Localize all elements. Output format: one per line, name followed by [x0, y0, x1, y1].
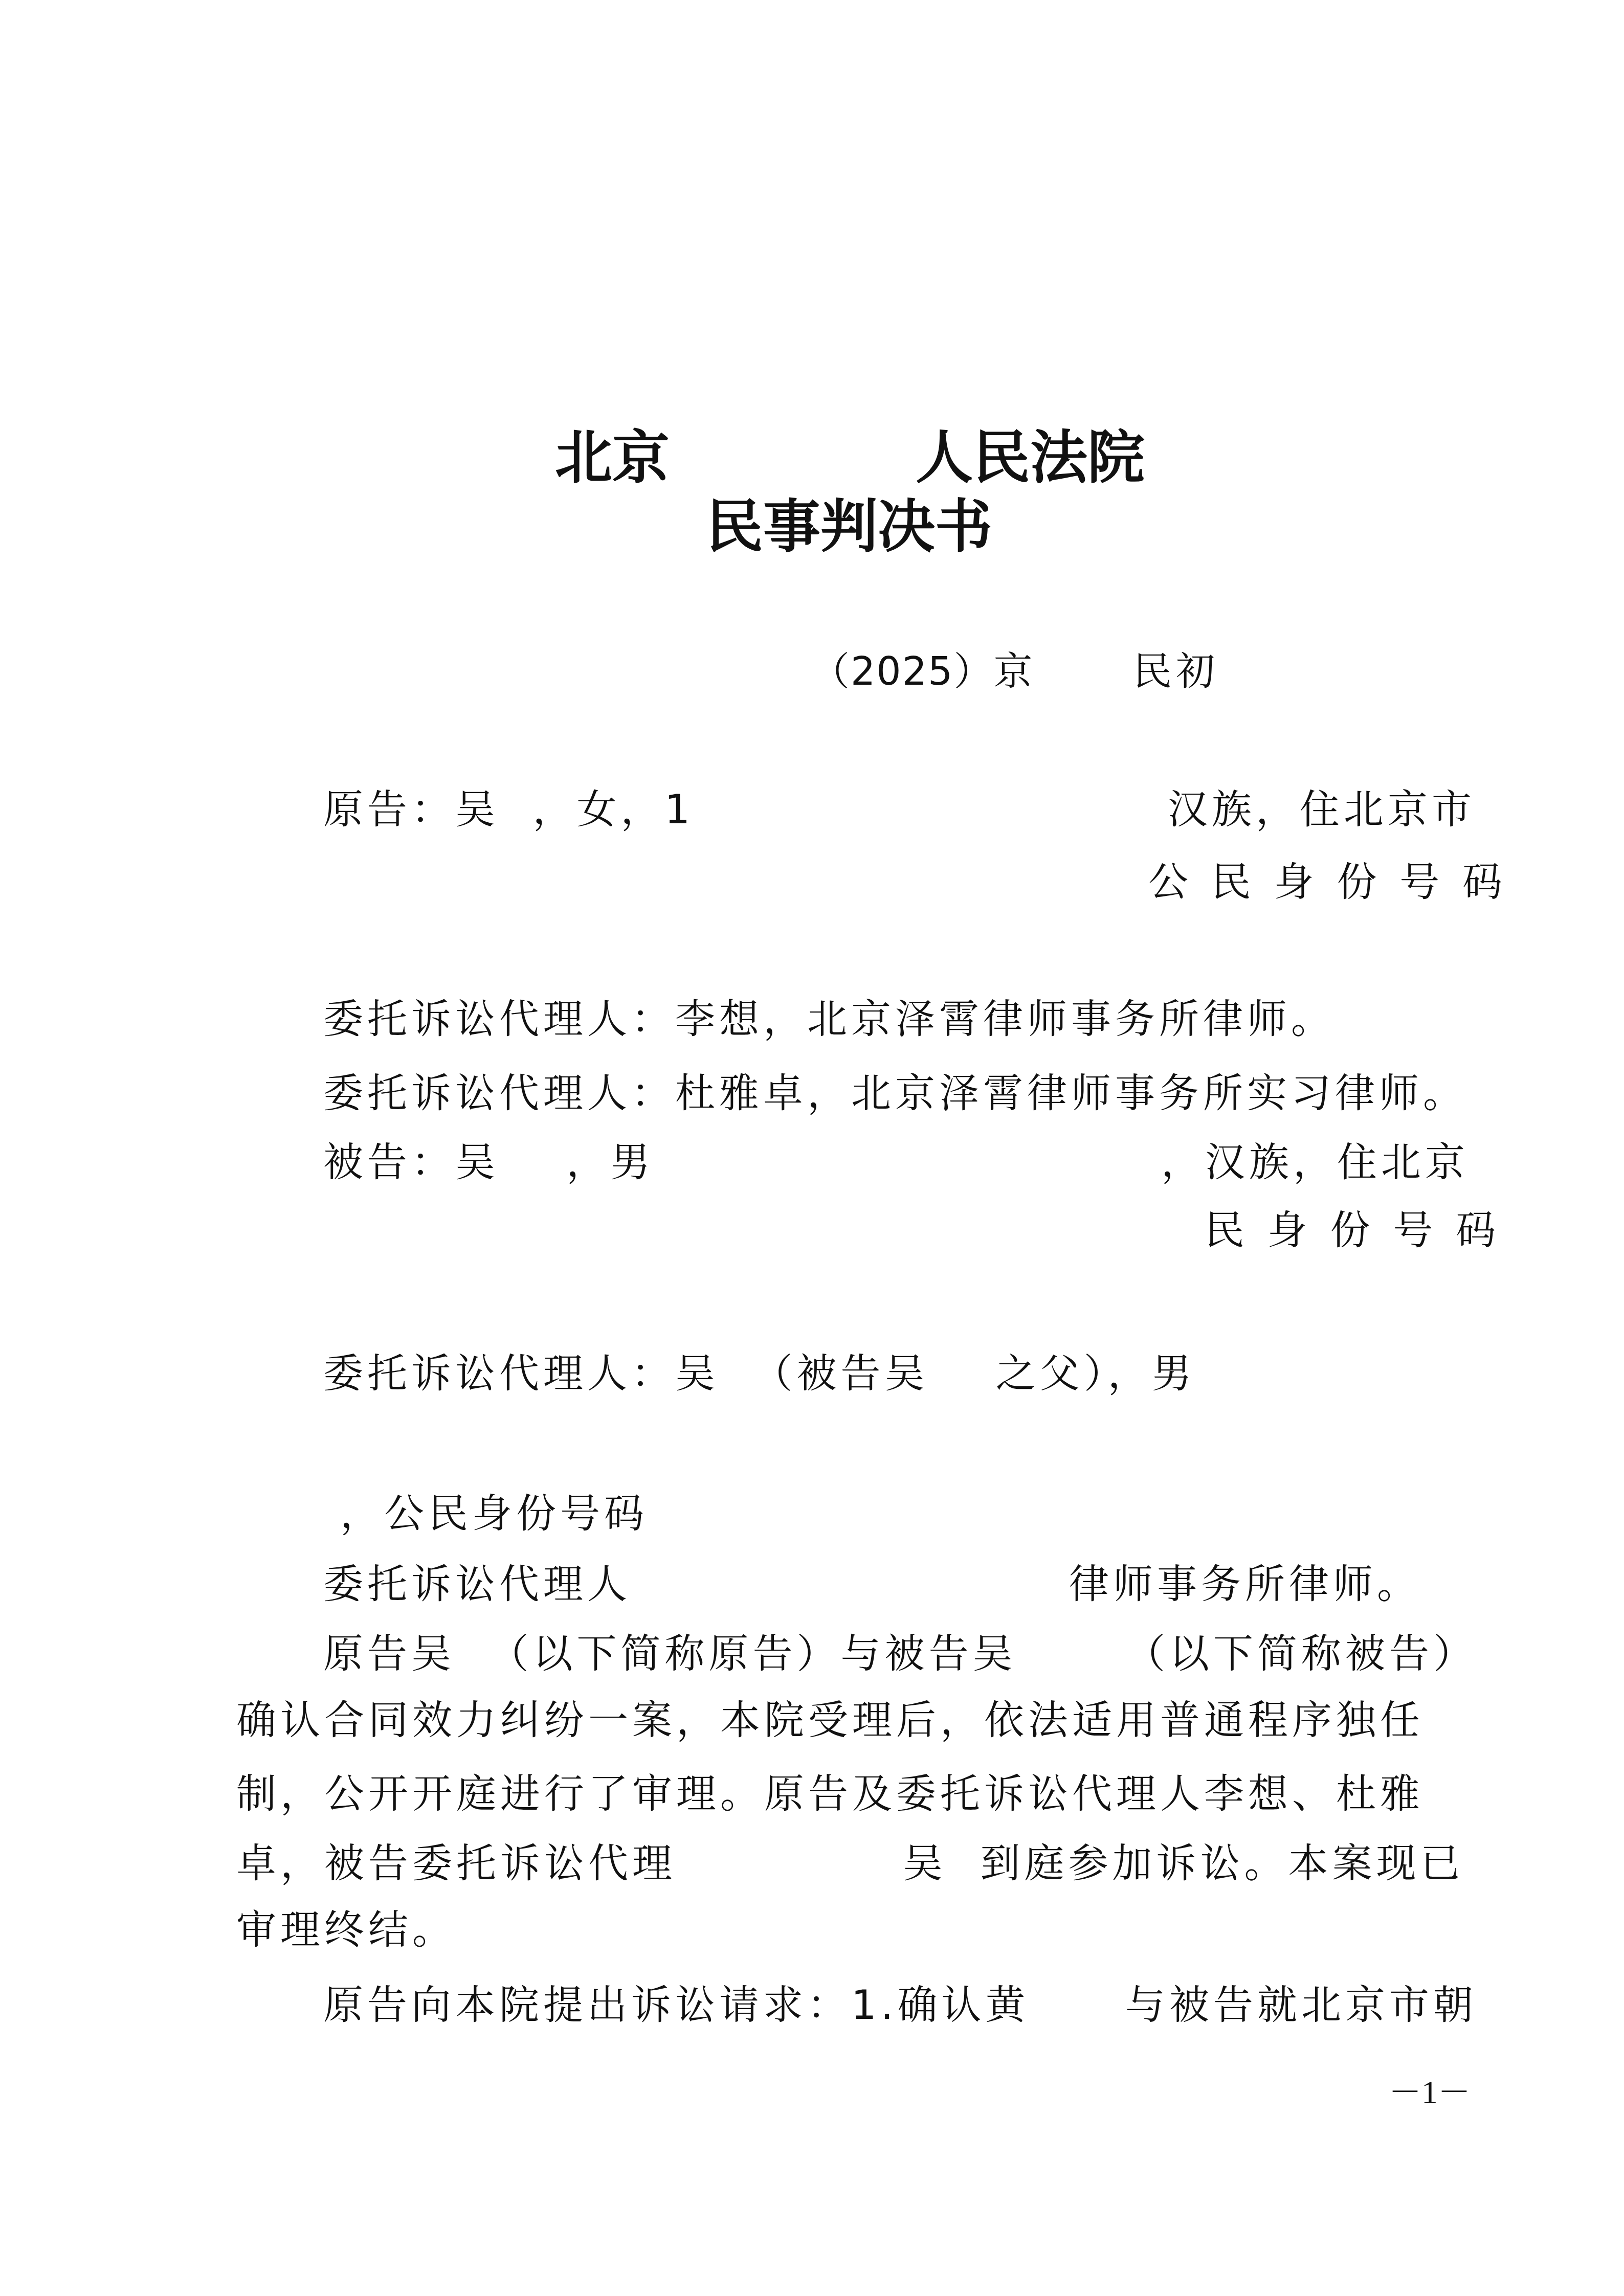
body-paragraph-1-line-3: 制，公开开庭进行了审理。原告及委托诉讼代理人李想、杜雅	[236, 1774, 1424, 1814]
plaintiff-agent-1: 委托诉讼代理人：李想，北京泽霄律师事务所律师。	[323, 1000, 1335, 1040]
defendant-agent-2: 委托诉讼代理人	[323, 1565, 631, 1605]
defendant-id-label: 民 身 份 号 码	[1205, 1211, 1501, 1251]
plaintiff-agent-2: 委托诉讼代理人：杜雅卓，北京泽霄律师事务所实习律师。	[323, 1074, 1467, 1114]
defendant-agent-1: 委托诉讼代理人：吴 （被告吴 之父），男	[323, 1354, 1196, 1394]
body-paragraph-1-line-4: 卓，被告委托诉讼代理	[236, 1844, 676, 1884]
defendant-agent-1-id: ，公民身份号码	[340, 1494, 648, 1534]
plaintiff-info: 原告：吴 ，女，1	[323, 790, 694, 830]
body-paragraph-2-line-1-right: 与被告就北京市朝	[1125, 1986, 1477, 2025]
body-paragraph-2-line-1: 原告向本院提出诉讼请求：1.确认黄	[323, 1986, 1029, 2025]
defendant-agent-2-right: 律师事务所律师。	[1069, 1565, 1421, 1605]
document-title: 民事判决书	[706, 499, 992, 556]
court-name-left: 北京	[555, 430, 670, 487]
plaintiff-id-label: 公 民 身 份 号 码	[1148, 863, 1507, 903]
body-paragraph-1-line-1: 原告吴 （以下简称原告）与被告吴	[323, 1634, 1017, 1674]
plaintiff-info-right: 汉族，住北京市	[1168, 790, 1476, 830]
body-paragraph-1-line-1-right: （以下简称被告）	[1125, 1634, 1477, 1674]
court-name-right: 人民法院	[916, 430, 1145, 487]
defendant-info-right: ，汉族，住北京	[1161, 1143, 1469, 1183]
body-paragraph-1-line-5: 审理终结。	[236, 1910, 456, 1950]
defendant-info: 被告：吴 ，男	[323, 1143, 654, 1183]
body-paragraph-1-line-2: 确认合同效力纠纷一案，本院受理后，依法适用普通程序独任	[236, 1701, 1424, 1741]
body-paragraph-1-line-4-right: 吴 到庭参加诉讼。本案现已	[903, 1844, 1464, 1884]
case-number-prefix: （2025）京	[811, 652, 1033, 691]
page-number: －1－	[1389, 2076, 1471, 2109]
case-number-suffix: 民初	[1133, 652, 1219, 691]
